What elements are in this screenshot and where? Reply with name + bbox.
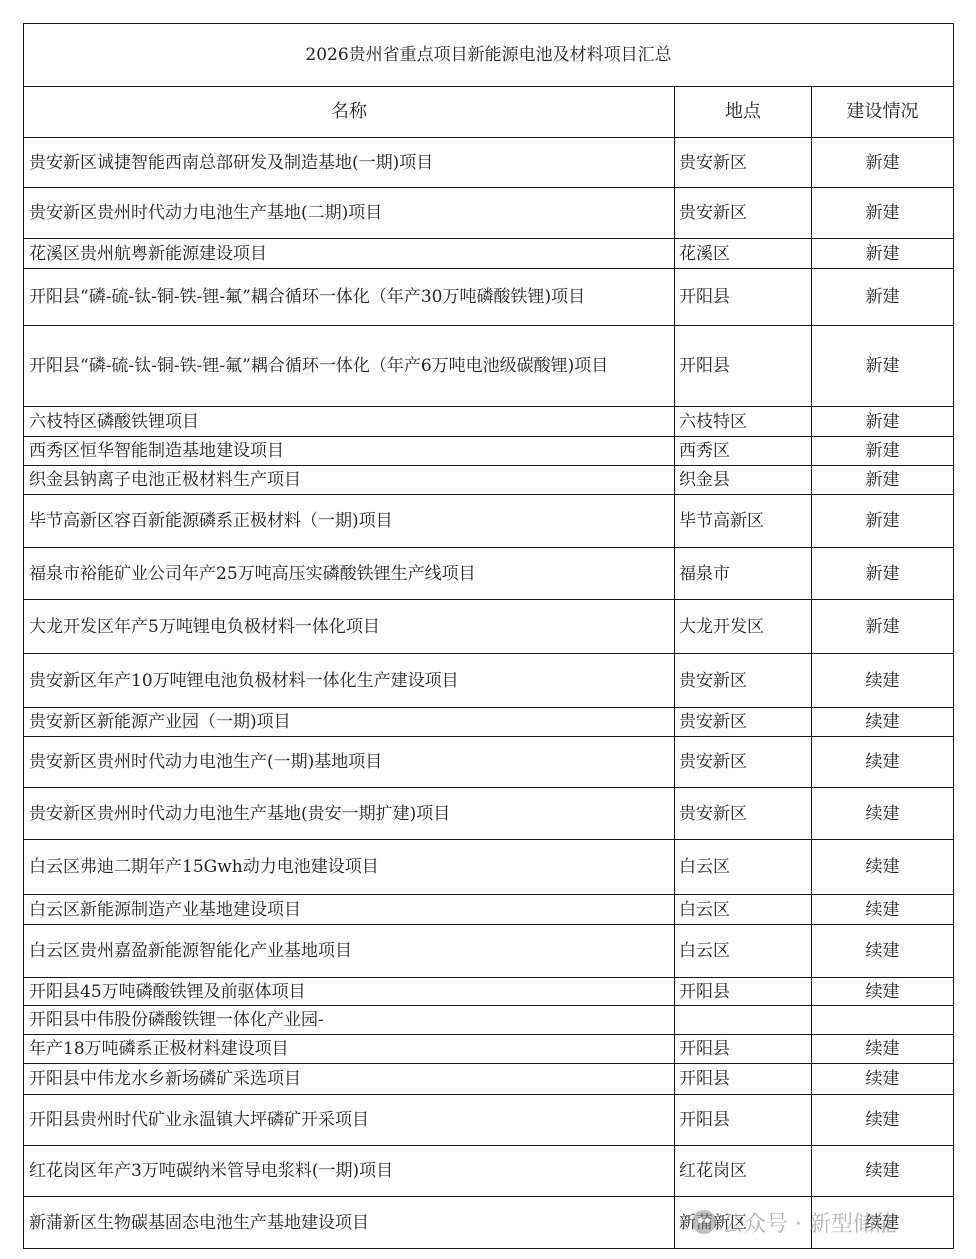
status-cell: 新建 [812,326,954,407]
header-status: 建设情况 [812,87,954,138]
table-row: 开阳县中伟股份磷酸铁锂一体化产业园- [24,1006,954,1035]
table-row: 贵安新区贵州时代动力电池生产基地(二期)项目贵安新区新建 [24,188,954,239]
table-row: 开阳县“磷-硫-钛-铜-铁-锂-氟”耦合循环一体化（年产30万吨磷酸铁锂)项目开… [24,269,954,326]
header-row: 名称 地点 建设情况 [24,87,954,138]
status-cell: 续建 [812,1197,954,1249]
table-row: 开阳县中伟龙水乡新场磷矿采选项目开阳县续建 [24,1064,954,1095]
status-cell: 续建 [812,737,954,788]
table-row: 西秀区恒华智能制造基地建设项目西秀区新建 [24,437,954,466]
table-title: 2026贵州省重点项目新能源电池及材料项目汇总 [24,24,954,87]
table-row: 织金县钠离子电池正极材料生产项目织金县新建 [24,466,954,495]
status-cell: 新建 [812,437,954,466]
table-row: 年产18万吨磷系正极材料建设项目开阳县续建 [24,1035,954,1064]
project-name-cell: 贵安新区诚捷智能西南总部研发及制造基地(一期)项目 [24,138,675,188]
location-cell: 毕节高新区 [675,495,812,548]
project-name-cell: 白云区贵州嘉盈新能源智能化产业基地项目 [24,925,675,978]
table-row: 新蒲新区生物碳基固态电池生产基地建设项目新蒲新区续建 [24,1197,954,1249]
table-row: 白云区贵州嘉盈新能源智能化产业基地项目白云区续建 [24,925,954,978]
location-cell: 贵安新区 [675,654,812,708]
status-cell: 新建 [812,466,954,495]
project-name-cell: 贵安新区贵州时代动力电池生产基地(贵安一期扩建)项目 [24,788,675,840]
project-name-cell: 开阳县中伟股份磷酸铁锂一体化产业园- [24,1006,675,1035]
project-name-cell: 贵安新区贵州时代动力电池生产基地(二期)项目 [24,188,675,239]
location-cell: 白云区 [675,925,812,978]
project-name-cell: 贵安新区新能源产业园（一期)项目 [24,708,675,737]
status-cell: 新建 [812,188,954,239]
status-cell: 新建 [812,600,954,654]
status-cell: 新建 [812,239,954,269]
header-location: 地点 [675,87,812,138]
table-row: 贵安新区贵州时代动力电池生产(一期)基地项目贵安新区续建 [24,737,954,788]
status-cell: 续建 [812,1146,954,1197]
location-cell: 白云区 [675,895,812,925]
table-row: 开阳县贵州时代矿业永温镇大坪磷矿开采项目开阳县续建 [24,1095,954,1146]
status-cell: 续建 [812,895,954,925]
status-cell: 新建 [812,548,954,600]
location-cell: 西秀区 [675,437,812,466]
header-name: 名称 [24,87,675,138]
location-cell: 大龙开发区 [675,600,812,654]
location-cell: 新蒲新区 [675,1197,812,1249]
location-cell: 开阳县 [675,1064,812,1095]
title-row: 2026贵州省重点项目新能源电池及材料项目汇总 [24,24,954,87]
project-name-cell: 福泉市裕能矿业公司年产25万吨高压实磷酸铁锂生产线项目 [24,548,675,600]
status-cell: 新建 [812,407,954,437]
location-cell: 红花岗区 [675,1146,812,1197]
project-name-cell: 白云区弗迪二期年产15Gwh动力电池建设项目 [24,840,675,895]
project-name-cell: 贵安新区贵州时代动力电池生产(一期)基地项目 [24,737,675,788]
location-cell: 贵安新区 [675,188,812,239]
status-cell: 续建 [812,978,954,1006]
table-row: 白云区新能源制造产业基地建设项目白云区续建 [24,895,954,925]
location-cell: 开阳县 [675,1095,812,1146]
location-cell: 六枝特区 [675,407,812,437]
table-row: 毕节高新区容百新能源磷系正极材料（一期)项目毕节高新区新建 [24,495,954,548]
project-name-cell: 年产18万吨磷系正极材料建设项目 [24,1035,675,1064]
project-name-cell: 开阳县“磷-硫-钛-铜-铁-锂-氟”耦合循环一体化（年产30万吨磷酸铁锂)项目 [24,269,675,326]
status-cell: 续建 [812,654,954,708]
project-name-cell: 白云区新能源制造产业基地建设项目 [24,895,675,925]
project-name-cell: 贵安新区年产10万吨锂电池负极材料一体化生产建设项目 [24,654,675,708]
location-cell: 贵安新区 [675,708,812,737]
status-cell: 续建 [812,840,954,895]
project-name-cell: 红花岗区年产3万吨碳纳米管导电浆料(一期)项目 [24,1146,675,1197]
project-name-cell: 开阳县贵州时代矿业永温镇大坪磷矿开采项目 [24,1095,675,1146]
table-row: 花溪区贵州航粤新能源建设项目花溪区新建 [24,239,954,269]
table-row: 贵安新区年产10万吨锂电池负极材料一体化生产建设项目贵安新区续建 [24,654,954,708]
location-cell: 福泉市 [675,548,812,600]
table-row: 贵安新区新能源产业园（一期)项目贵安新区续建 [24,708,954,737]
location-cell: 织金县 [675,466,812,495]
project-name-cell: 织金县钠离子电池正极材料生产项目 [24,466,675,495]
status-cell: 新建 [812,138,954,188]
location-cell: 开阳县 [675,326,812,407]
status-cell: 续建 [812,788,954,840]
project-name-cell: 新蒲新区生物碳基固态电池生产基地建设项目 [24,1197,675,1249]
table-row: 红花岗区年产3万吨碳纳米管导电浆料(一期)项目红花岗区续建 [24,1146,954,1197]
status-cell: 续建 [812,925,954,978]
status-cell: 新建 [812,495,954,548]
location-cell: 开阳县 [675,1035,812,1064]
table-row: 贵安新区贵州时代动力电池生产基地(贵安一期扩建)项目贵安新区续建 [24,788,954,840]
status-cell: 续建 [812,1095,954,1146]
table-row: 福泉市裕能矿业公司年产25万吨高压实磷酸铁锂生产线项目福泉市新建 [24,548,954,600]
project-name-cell: 花溪区贵州航粤新能源建设项目 [24,239,675,269]
location-cell: 贵安新区 [675,737,812,788]
location-cell: 开阳县 [675,269,812,326]
status-cell: 新建 [812,269,954,326]
projects-table: 2026贵州省重点项目新能源电池及材料项目汇总 名称 地点 建设情况 贵安新区诚… [23,23,954,1249]
table-row: 开阳县“磷-硫-钛-铜-铁-锂-氟”耦合循环一体化（年产6万吨电池级碳酸锂)项目… [24,326,954,407]
project-name-cell: 大龙开发区年产5万吨锂电负极材料一体化项目 [24,600,675,654]
location-cell [675,1006,812,1035]
status-cell: 续建 [812,1035,954,1064]
table-row: 贵安新区诚捷智能西南总部研发及制造基地(一期)项目贵安新区新建 [24,138,954,188]
table-row: 白云区弗迪二期年产15Gwh动力电池建设项目白云区续建 [24,840,954,895]
location-cell: 贵安新区 [675,138,812,188]
location-cell: 贵安新区 [675,788,812,840]
project-name-cell: 开阳县“磷-硫-钛-铜-铁-锂-氟”耦合循环一体化（年产6万吨电池级碳酸锂)项目 [24,326,675,407]
status-cell: 续建 [812,1064,954,1095]
project-name-cell: 毕节高新区容百新能源磷系正极材料（一期)项目 [24,495,675,548]
location-cell: 白云区 [675,840,812,895]
location-cell: 花溪区 [675,239,812,269]
location-cell: 开阳县 [675,978,812,1006]
table-row: 开阳县45万吨磷酸铁锂及前驱体项目开阳县续建 [24,978,954,1006]
status-cell: 续建 [812,708,954,737]
status-cell [812,1006,954,1035]
project-name-cell: 西秀区恒华智能制造基地建设项目 [24,437,675,466]
table-row: 大龙开发区年产5万吨锂电负极材料一体化项目大龙开发区新建 [24,600,954,654]
project-name-cell: 开阳县中伟龙水乡新场磷矿采选项目 [24,1064,675,1095]
project-name-cell: 六枝特区磷酸铁锂项目 [24,407,675,437]
table-row: 六枝特区磷酸铁锂项目六枝特区新建 [24,407,954,437]
project-name-cell: 开阳县45万吨磷酸铁锂及前驱体项目 [24,978,675,1006]
